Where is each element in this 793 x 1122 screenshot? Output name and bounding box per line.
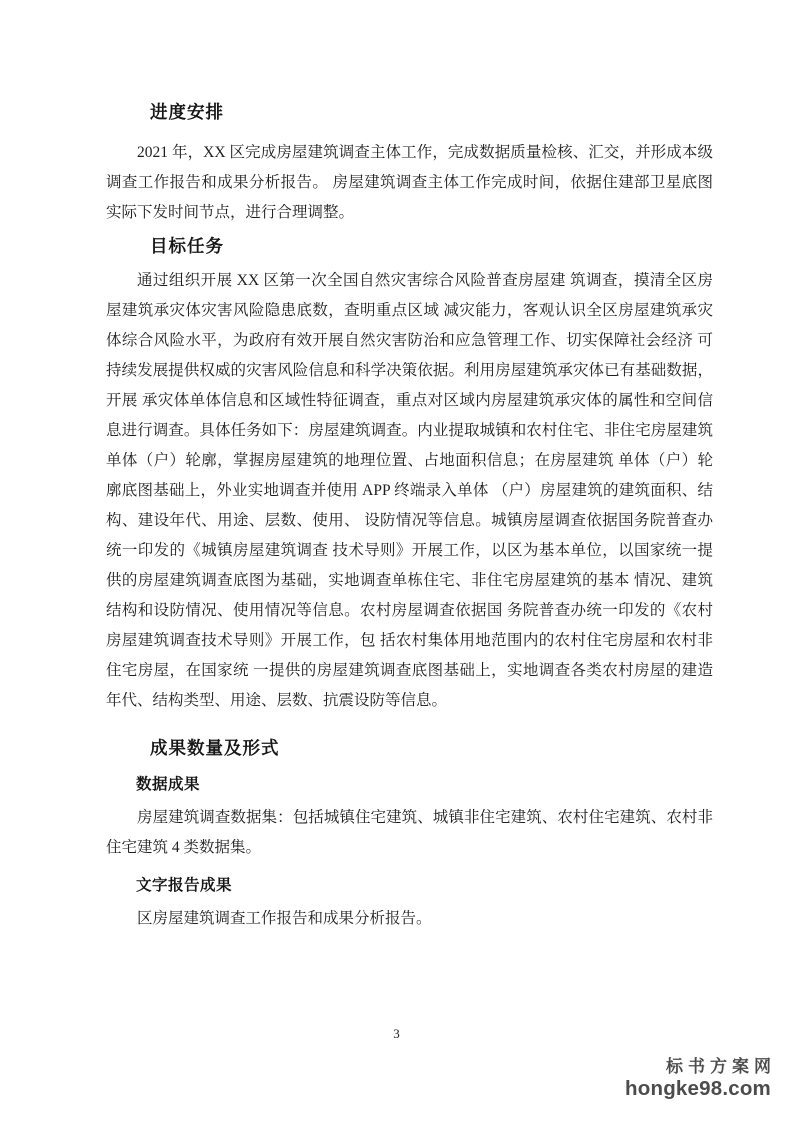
paragraph-objectives: 通过组织开展 XX 区第一次全国自然灾害综合风险普查房屋建 筑调查，摸清全区房屋… xyxy=(106,266,713,716)
section-heading-progress-schedule: 进度安排 xyxy=(150,98,713,126)
section-heading-results-quantity-form: 成果数量及形式 xyxy=(150,734,713,762)
paragraph-progress-schedule: 2021 年，XX 区完成房屋建筑调查主体工作，完成数据质量检核、汇交，并形成本… xyxy=(106,138,713,228)
subheading-text-report-results: 文字报告成果 xyxy=(136,874,713,898)
document-content: 进度安排 2021 年，XX 区完成房屋建筑调查主体工作，完成数据质量检核、汇交… xyxy=(0,0,793,934)
page-number: 3 xyxy=(0,1026,793,1042)
subheading-data-results: 数据成果 xyxy=(136,773,713,797)
document-page: 进度安排 2021 年，XX 区完成房屋建筑调查主体工作，完成数据质量检核、汇交… xyxy=(0,0,793,1122)
paragraph-data-results: 房屋建筑调查数据集：包括城镇住宅建筑、城镇非住宅建筑、农村住宅建筑、农村非住宅建… xyxy=(106,803,713,863)
section-heading-objectives: 目标任务 xyxy=(150,232,713,260)
watermark-site-name: 标书方案网 xyxy=(625,1057,776,1077)
watermark-site-url: hongke98.com xyxy=(625,1077,771,1101)
paragraph-text-report-results: 区房屋建筑调查工作报告和成果分析报告。 xyxy=(106,904,713,934)
watermark: 标书方案网 hongke98.com xyxy=(625,1057,771,1100)
